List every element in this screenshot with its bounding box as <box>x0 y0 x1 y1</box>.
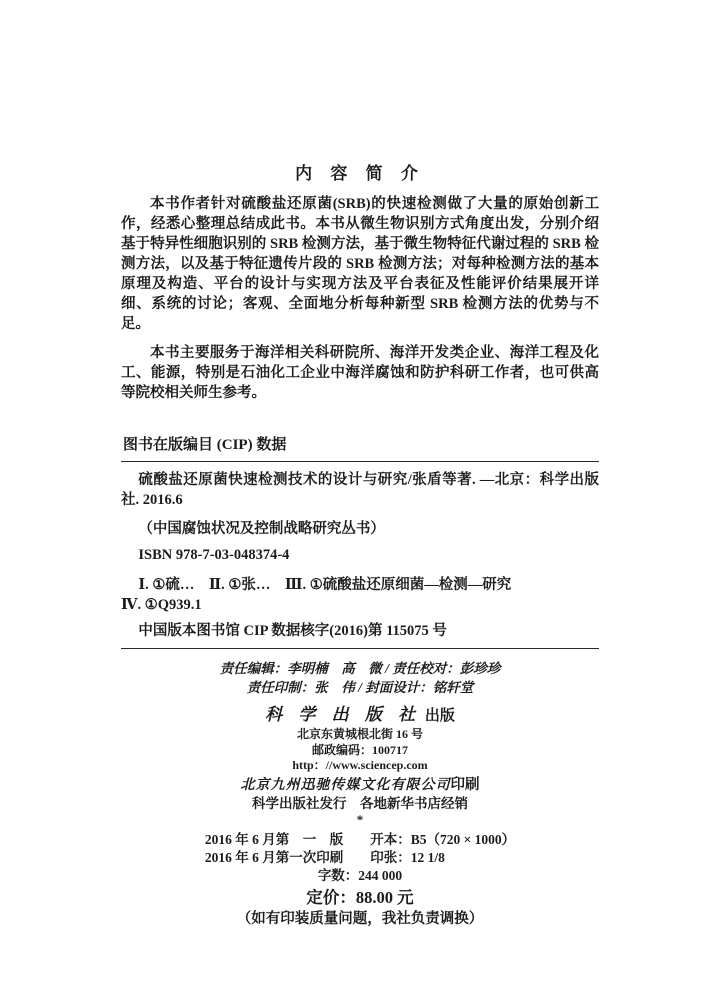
cip-record-number: 中国版本图书馆 CIP 数据核字(2016)第 115075 号 <box>121 621 599 641</box>
publisher-website: http：//www.sciencep.com <box>121 758 599 774</box>
editors-line-2: 责任印制：张 伟 / 封面设计：铭轩堂 <box>121 678 599 697</box>
cip-entry: 硫酸盐还原菌快速检测技术的设计与研究/张盾等著. —北京：科学出版社. 2016… <box>121 470 599 510</box>
page-content: 内 容 简 介 本书作者针对硫酸盐还原菌(SRB)的快速检测做了大量的原始创新工… <box>121 0 599 929</box>
cip-series: （中国腐蚀状况及控制战略研究丛书） <box>121 519 599 539</box>
publisher-line: 科 学 出 版 社 出版 <box>121 704 599 727</box>
intro-paragraph-2: 本书主要服务于海洋相关科研院所、海洋开发类企业、海洋工程及化工、能源，特别是石油… <box>121 343 599 403</box>
rule-top <box>121 461 599 462</box>
publisher-postcode: 邮政编码：100717 <box>121 743 599 759</box>
rule-bottom <box>121 648 599 649</box>
copyright-page: 内 容 简 介 本书作者针对硫酸盐还原菌(SRB)的快速检测做了大量的原始创新工… <box>0 0 720 1000</box>
cip-classification-line1: Ⅰ. ①硫… Ⅱ. ①张… Ⅲ. ①硫酸盐还原细菌—检测—研究 <box>121 576 599 596</box>
printer-line: 北京九州迅驰传媒文化有限公司印刷 <box>121 776 599 795</box>
intro-paragraph-1: 本书作者针对硫酸盐还原菌(SRB)的快速检测做了大量的原始创新工作，经悉心整理总… <box>121 194 599 334</box>
word-count: 字数：244 000 <box>121 867 599 885</box>
asterisk-separator: * <box>121 812 599 828</box>
cip-block: 图书在版编目 (CIP) 数据 硫酸盐还原菌快速检测技术的设计与研究/张盾等著.… <box>121 436 599 649</box>
printing-line: 2016 年 6 月第一次印刷 印张：12 1/8 <box>205 849 515 867</box>
page-title: 内 容 简 介 <box>121 163 599 185</box>
cip-classification-line2: Ⅳ. ①Q939.1 <box>121 596 599 616</box>
cip-classification: Ⅰ. ①硫… Ⅱ. ①张… Ⅲ. ①硫酸盐还原细菌—检测—研究 Ⅳ. ①Q939… <box>121 576 599 615</box>
printer-suffix: 印刷 <box>451 777 480 793</box>
editors-line-1: 责任编辑：李明楠 高 微 / 责任校对：彭珍珍 <box>121 659 599 678</box>
publisher-name: 科 学 出 版 社 <box>265 705 421 724</box>
printer-name: 北京九州迅驰传媒文化有限公司 <box>241 778 451 793</box>
price: 定价：88.00 元 <box>121 887 599 908</box>
edition-line: 2016 年 6 月第 一 版 开本：B5（720 × 1000） <box>205 831 515 849</box>
cip-header: 图书在版编目 (CIP) 数据 <box>121 436 599 454</box>
exchange-note: （如有印装质量问题，我社负责调换） <box>121 909 599 929</box>
cip-isbn: ISBN 978-7-03-048374-4 <box>121 545 599 565</box>
publisher-suffix: 出版 <box>421 708 455 724</box>
distribution-line: 科学出版社发行 各地新华书店经销 <box>121 795 599 812</box>
publisher-address: 北京东黄城根北街 16 号 <box>121 727 599 743</box>
edition-block: 2016 年 6 月第 一 版 开本：B5（720 × 1000） 2016 年… <box>205 831 515 867</box>
colophon: 责任编辑：李明楠 高 微 / 责任校对：彭珍珍 责任印制：张 伟 / 封面设计：… <box>121 659 599 929</box>
